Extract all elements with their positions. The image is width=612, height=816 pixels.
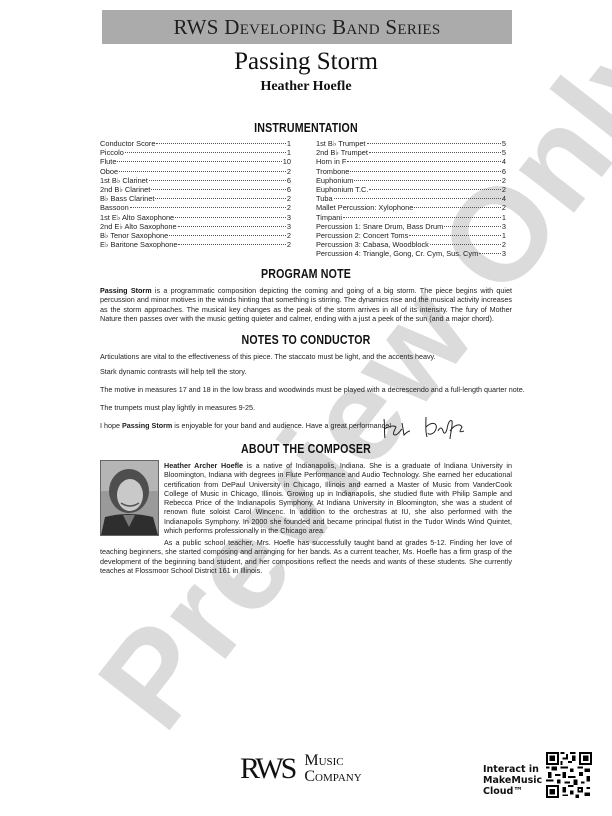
instrument-name: Timpani bbox=[316, 213, 342, 222]
dot-leader bbox=[430, 244, 501, 245]
dot-leader bbox=[369, 152, 501, 153]
dot-leader bbox=[479, 253, 501, 254]
part-count: 3 bbox=[502, 249, 506, 258]
instrument-name: 2nd E♭ Alto Saxophone bbox=[100, 222, 177, 231]
dot-leader bbox=[119, 171, 286, 172]
instrument-row: Timpani1 bbox=[316, 213, 506, 222]
instrument-name: Trombone bbox=[316, 167, 349, 176]
instrument-name: 1st B♭ Trumpet bbox=[316, 139, 366, 148]
notes-to-conductor-heading: NOTES TO CONDUCTOR bbox=[46, 333, 566, 347]
dot-leader bbox=[414, 207, 501, 208]
instrument-row: 1st B♭ Clarinet6 bbox=[100, 176, 291, 185]
logo-wordmark: Music Company bbox=[304, 753, 361, 785]
instrumentation-heading: INSTRUMENTATION bbox=[46, 121, 566, 135]
about-composer-heading: ABOUT THE COMPOSER bbox=[46, 442, 566, 456]
instrument-name: 1st E♭ Alto Saxophone bbox=[100, 213, 174, 222]
dot-leader bbox=[149, 180, 286, 181]
instrumentation-list-right: 1st B♭ Trumpet52nd B♭ Trumpet5Horn in F4… bbox=[316, 139, 506, 259]
instrument-row: 1st E♭ Alto Saxophone3 bbox=[100, 213, 291, 222]
conductor-note: Stark dynamic contrasts will help tell t… bbox=[100, 367, 512, 376]
dot-leader bbox=[178, 244, 285, 245]
instrument-name: Euphonium bbox=[316, 176, 353, 185]
dot-leader bbox=[178, 226, 286, 227]
part-count: 2 bbox=[287, 167, 291, 176]
instrument-row: Tuba4 bbox=[316, 194, 506, 203]
part-count: 5 bbox=[502, 148, 506, 157]
rws-logo-mark: RWS bbox=[240, 752, 294, 786]
composer-photo bbox=[100, 460, 159, 536]
dot-leader bbox=[175, 217, 286, 218]
dot-leader bbox=[367, 143, 501, 144]
part-count: 10 bbox=[283, 157, 291, 166]
part-count: 1 bbox=[287, 139, 291, 148]
part-count: 6 bbox=[287, 185, 291, 194]
dot-leader bbox=[130, 207, 286, 208]
part-count: 1 bbox=[502, 231, 506, 240]
instrument-row: Percussion 2: Concert Toms1 bbox=[316, 231, 506, 240]
dot-leader bbox=[117, 161, 281, 162]
instrument-name: Piccolo bbox=[100, 148, 124, 157]
part-count: 2 bbox=[502, 176, 506, 185]
instrument-name: Euphonium T.C. bbox=[316, 185, 368, 194]
program-note-lead: Passing Storm bbox=[100, 286, 152, 295]
part-count: 6 bbox=[502, 167, 506, 176]
dot-leader bbox=[151, 189, 286, 190]
conductor-note: Articulations are vital to the effective… bbox=[100, 352, 512, 361]
instrument-row: 1st B♭ Trumpet5 bbox=[316, 139, 506, 148]
dot-leader bbox=[169, 235, 286, 236]
qr-code-icon[interactable] bbox=[546, 752, 592, 798]
program-note-body: is a programmatic composition depicting … bbox=[100, 286, 512, 323]
instrument-row: Percussion 1: Snare Drum, Bass Drum3 bbox=[316, 222, 506, 231]
part-count: 2 bbox=[502, 185, 506, 194]
instrument-row: 2nd B♭ Trumpet5 bbox=[316, 148, 506, 157]
rws-music-company-logo: RWS Music Company bbox=[240, 752, 362, 786]
instrument-name: Tuba bbox=[316, 194, 333, 203]
series-banner: RWS Developing Band Series bbox=[102, 10, 512, 44]
instrument-row: Mallet Percussion: Xylophone2 bbox=[316, 203, 506, 212]
instrument-name: 1st B♭ Clarinet bbox=[100, 176, 148, 185]
dot-leader bbox=[347, 161, 500, 162]
instrument-name: Oboe bbox=[100, 167, 118, 176]
part-count: 1 bbox=[287, 148, 291, 157]
instrument-row: E♭ Baritone Saxophone2 bbox=[100, 240, 291, 249]
instrument-row: 2nd E♭ Alto Saxophone3 bbox=[100, 222, 291, 231]
instrument-row: Percussion 3: Cabasa, Woodblock2 bbox=[316, 240, 506, 249]
instrument-name: B♭ Bass Clarinet bbox=[100, 194, 154, 203]
dot-leader bbox=[444, 226, 501, 227]
instrument-row: Bassoon2 bbox=[100, 203, 291, 212]
part-count: 1 bbox=[502, 213, 506, 222]
conductor-note: The motive in measures 17 and 18 in the … bbox=[100, 385, 512, 394]
dot-leader bbox=[155, 198, 285, 199]
instrument-name: Percussion 1: Snare Drum, Bass Drum bbox=[316, 222, 443, 231]
instrument-row: Oboe2 bbox=[100, 167, 291, 176]
instrument-row: Percussion 4: Triangle, Gong, Cr. Cym, S… bbox=[316, 249, 506, 258]
instrument-row: Flute10 bbox=[100, 157, 291, 166]
instrument-name: Flute bbox=[100, 157, 116, 166]
part-count: 4 bbox=[502, 194, 506, 203]
instrument-name: 2nd B♭ Clarinet bbox=[100, 185, 150, 194]
part-count: 3 bbox=[287, 222, 291, 231]
part-count: 3 bbox=[287, 213, 291, 222]
instrument-row: Horn in F4 bbox=[316, 157, 506, 166]
instrument-name: 2nd B♭ Trumpet bbox=[316, 148, 368, 157]
instrument-row: Euphonium T.C.2 bbox=[316, 185, 506, 194]
instrument-name: Percussion 4: Triangle, Gong, Cr. Cym, S… bbox=[316, 249, 478, 258]
dot-leader bbox=[350, 171, 500, 172]
instrument-name: Mallet Percussion: Xylophone bbox=[316, 203, 413, 212]
series-title: RWS Developing Band Series bbox=[173, 15, 440, 40]
dot-leader bbox=[343, 217, 501, 218]
composer-full-name: Heather Archer Hoefle bbox=[164, 461, 243, 470]
instrument-name: B♭ Tenor Saxophone bbox=[100, 231, 168, 240]
part-count: 2 bbox=[502, 240, 506, 249]
part-count: 2 bbox=[287, 231, 291, 240]
part-count: 2 bbox=[287, 203, 291, 212]
dot-leader bbox=[354, 180, 500, 181]
dot-leader bbox=[409, 235, 501, 236]
instrument-row: B♭ Bass Clarinet2 bbox=[100, 194, 291, 203]
conductor-note: The trumpets must play lightly in measur… bbox=[100, 403, 512, 412]
instrument-name: Bassoon bbox=[100, 203, 129, 212]
instrument-name: Percussion 2: Concert Toms bbox=[316, 231, 408, 240]
program-note-text: Passing Storm is a programmatic composit… bbox=[100, 286, 512, 323]
dot-leader bbox=[334, 198, 501, 199]
part-count: 5 bbox=[502, 139, 506, 148]
dot-leader bbox=[369, 189, 500, 190]
instrument-name: E♭ Baritone Saxophone bbox=[100, 240, 177, 249]
instrument-row: Conductor Score1 bbox=[100, 139, 291, 148]
composer-bio-paragraph-2: As a public school teacher, Mrs. Hoefle … bbox=[100, 538, 512, 575]
composer-name: Heather Hoefle bbox=[0, 79, 612, 95]
part-count: 3 bbox=[502, 222, 506, 231]
instrument-row: Trombone6 bbox=[316, 167, 506, 176]
part-count: 6 bbox=[287, 176, 291, 185]
part-count: 2 bbox=[287, 240, 291, 249]
instrument-name: Horn in F bbox=[316, 157, 346, 166]
instrument-row: Euphonium2 bbox=[316, 176, 506, 185]
part-count: 2 bbox=[502, 203, 506, 212]
dot-leader bbox=[125, 152, 286, 153]
composer-bio-paragraph-1: Heather Archer Hoefle is a native of Ind… bbox=[164, 461, 512, 535]
part-count: 2 bbox=[287, 194, 291, 203]
instrument-row: 2nd B♭ Clarinet6 bbox=[100, 185, 291, 194]
instrument-name: Conductor Score bbox=[100, 139, 155, 148]
part-count: 4 bbox=[502, 157, 506, 166]
instrument-name: Percussion 3: Cabasa, Woodblock bbox=[316, 240, 429, 249]
dot-leader bbox=[156, 143, 285, 144]
piece-title: Passing Storm bbox=[0, 48, 612, 76]
makemusic-cloud-label[interactable]: Interact in MakeMusic Cloud™ bbox=[483, 764, 542, 797]
instrument-row: B♭ Tenor Saxophone2 bbox=[100, 231, 291, 240]
instrument-row: Piccolo1 bbox=[100, 148, 291, 157]
instrumentation-list-left: Conductor Score1Piccolo1Flute10Oboe21st … bbox=[100, 139, 291, 249]
program-note-heading: PROGRAM NOTE bbox=[46, 267, 566, 281]
composer-signature bbox=[380, 413, 470, 441]
